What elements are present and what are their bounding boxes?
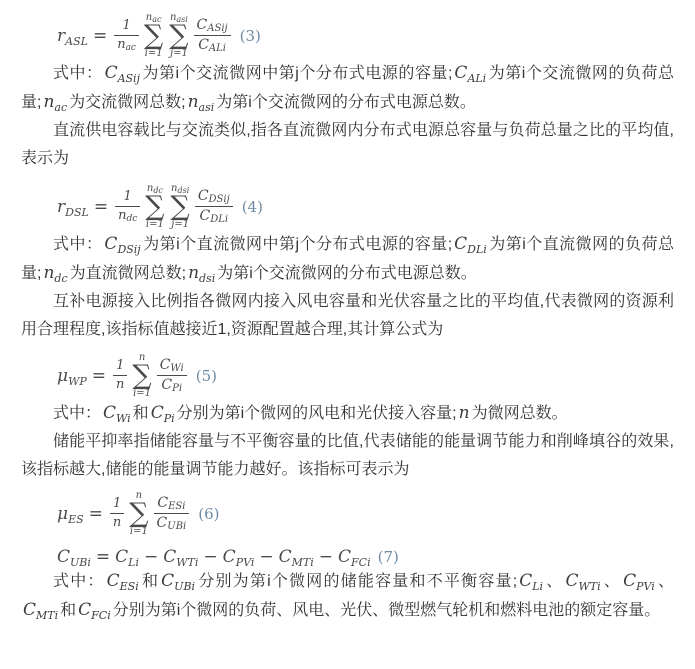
eq4-lhs-variable: rDSL: [57, 197, 89, 217]
equation-6: μES = 1 n n ∑ i=1 CESi CUBi (6): [57, 490, 674, 537]
text-segment: 式中：: [53, 236, 102, 253]
eq7-term: CMTi: [279, 547, 314, 567]
equation-3: rASL = 1 nac nac ∑ i=1 nasi ∑ j=1 CASij …: [57, 12, 674, 59]
text-segment: 直流供电容载比与交流类似,指各直流微网内分布式电源总容量与负荷总量之比的平均值,…: [21, 122, 674, 167]
inline-math: CFCi: [78, 600, 111, 620]
equation-number: (7): [378, 548, 399, 566]
sigma-icon: ∑: [132, 363, 151, 388]
inline-math: nasi: [188, 92, 215, 112]
sigma-icon: ∑: [129, 501, 148, 526]
equation-7: CUBi = CLi − CWTi − CPVi − CMTi − CFCi (…: [57, 547, 674, 567]
sigma-icon: ∑: [144, 23, 163, 48]
text-segment: 式中：: [53, 573, 105, 590]
paragraph-eq4-legend: 式中：CDSij为第i个直流微网中第j个分布式电源的容量;CDLi为第i个直流微…: [21, 230, 674, 288]
inline-math: CALi: [454, 63, 486, 83]
text-segment: 分别为第i个微网的风电和光伏接入容量;: [177, 405, 457, 422]
minus-sign: −: [319, 547, 333, 567]
eq7-term: CFCi: [338, 547, 371, 567]
equals-sign: =: [96, 547, 110, 567]
minus-sign: −: [259, 547, 273, 567]
paragraph-es-intro: 储能平抑率指储能容量与不平衡容量的比值,代表储能的能量调节能力和削峰填谷的效果,…: [21, 428, 674, 484]
text-segment: 为交流微网总数;: [69, 94, 185, 111]
sigma-icon: ∑: [169, 23, 188, 48]
inline-math: CUBi: [161, 571, 195, 591]
eq6-lhs-variable: μES: [57, 504, 84, 524]
paragraph-wp-intro: 互补电源接入比例指各微网内接入风电容量和光伏容量之比的平均值,代表微网的资源利用…: [21, 288, 674, 344]
text-segment: 储能平抑率指储能容量与不平衡容量的比值,代表储能的能量调节能力和削峰填谷的效果,…: [21, 433, 674, 478]
text-segment: 为第i个交流微网中第j个分布式电源的容量;: [142, 65, 452, 82]
eq4-coefficient-fraction: 1 ndc: [115, 189, 140, 223]
eq6-coefficient-fraction: 1 n: [110, 496, 124, 530]
text-segment: 和: [141, 573, 159, 590]
eq3-coefficient-fraction: 1 nac: [114, 18, 139, 52]
inline-math: CASij: [105, 63, 140, 83]
eq3-summation-outer: nac ∑ i=1: [144, 12, 163, 59]
eq4-summation-inner: ndsi ∑ j=1: [171, 183, 190, 230]
inline-math: n: [459, 403, 470, 423]
equation-number: (3): [240, 27, 261, 45]
inline-math: CWTi: [565, 571, 600, 591]
paragraph-eq5-legend: 式中：CWi和CPi分别为第i个微网的风电和光伏接入容量;n为微网总数。: [21, 399, 674, 428]
eq5-lhs-variable: μWP: [57, 366, 87, 386]
inline-math: ndc: [43, 263, 67, 283]
equation-number: (5): [196, 367, 217, 385]
eq3-lhs-variable: rASL: [57, 26, 88, 46]
inline-math: CLi: [519, 571, 543, 591]
eq7-term: CUBi: [57, 547, 91, 567]
eq3-main-fraction: CASij CALi: [194, 17, 231, 54]
inline-math: ndsi: [188, 263, 215, 283]
text-segment: 分别为第i个微网的负荷、风电、光伏、微型燃气轮机和燃料电池的额定容量。: [113, 602, 661, 619]
document-content: rASL = 1 nac nac ∑ i=1 nasi ∑ j=1 CASij …: [0, 0, 695, 631]
eq7-term: CWTi: [163, 547, 198, 567]
eq6-summation: n ∑ i=1: [129, 490, 148, 537]
inline-math: CMTi: [23, 600, 58, 620]
equation-number: (4): [242, 198, 263, 216]
paragraph-dc-intro: 直流供电容载比与交流类似,指各直流微网内分布式电源总容量与负荷总量之比的平均值,…: [21, 117, 674, 173]
text-segment: 为直流微网总数;: [70, 265, 186, 282]
paragraph-eq7-legend: 式中：CESi和CUBi分别为第i个微网的储能容量和不平衡容量;CLi、CWTi…: [21, 567, 674, 625]
eq6-main-fraction: CESi CUBi: [154, 495, 190, 532]
eq5-main-fraction: CWi CPi: [157, 357, 187, 394]
text-segment: 分别为第i个微网的储能容量和不平衡容量;: [197, 573, 517, 590]
minus-sign: −: [144, 547, 158, 567]
text-segment: 、: [545, 573, 563, 590]
text-segment: 式中：: [53, 405, 101, 422]
text-segment: 互补电源接入比例指各微网内接入风电容量和光伏容量之比的平均值,代表微网的资源利用…: [21, 293, 674, 338]
inline-math: CESi: [107, 571, 139, 591]
sigma-icon: ∑: [145, 194, 164, 219]
text-segment: 、: [657, 573, 674, 590]
text-segment: 为第i个交流微网的分布式电源总数。: [216, 94, 476, 111]
equals-sign: =: [94, 197, 108, 217]
text-segment: 为微网总数。: [472, 405, 568, 422]
inline-math: CDSij: [104, 234, 140, 254]
eq5-summation: n ∑ i=1: [132, 352, 151, 399]
eq4-main-fraction: CDSij CDLi: [195, 188, 233, 225]
paragraph-eq3-legend: 式中：CASij为第i个交流微网中第j个分布式电源的容量;CALi为第i个交流微…: [21, 59, 674, 117]
text-segment: 为第i个交流微网的分布式电源总数。: [217, 265, 477, 282]
inline-math: CDLi: [454, 234, 487, 254]
text-segment: 和: [133, 405, 149, 422]
eq4-summation-outer: ndc ∑ i=1: [145, 183, 164, 230]
text-segment: 和: [60, 602, 76, 619]
inline-math: CPi: [151, 403, 175, 423]
equals-sign: =: [92, 366, 106, 386]
equation-number: (6): [198, 505, 219, 523]
equals-sign: =: [89, 504, 103, 524]
eq7-term: CPVi: [223, 547, 255, 567]
eq5-coefficient-fraction: 1 n: [113, 358, 127, 392]
minus-sign: −: [203, 547, 217, 567]
eq7-term: CLi: [115, 547, 139, 567]
inline-math: CPVi: [623, 571, 655, 591]
equals-sign: =: [93, 26, 107, 46]
text-segment: 为第i个直流微网中第j个分布式电源的容量;: [143, 236, 452, 253]
inline-math: CWi: [103, 403, 131, 423]
eq3-summation-inner: nasi ∑ j=1: [169, 12, 188, 59]
inline-math: nac: [43, 92, 67, 112]
equation-5: μWP = 1 n n ∑ i=1 CWi CPi (5): [57, 352, 674, 399]
sigma-icon: ∑: [171, 194, 190, 219]
equation-4: rDSL = 1 ndc ndc ∑ i=1 ndsi ∑ j=1 CDSij …: [57, 183, 674, 230]
text-segment: 式中：: [53, 65, 103, 82]
text-segment: 、: [603, 573, 621, 590]
